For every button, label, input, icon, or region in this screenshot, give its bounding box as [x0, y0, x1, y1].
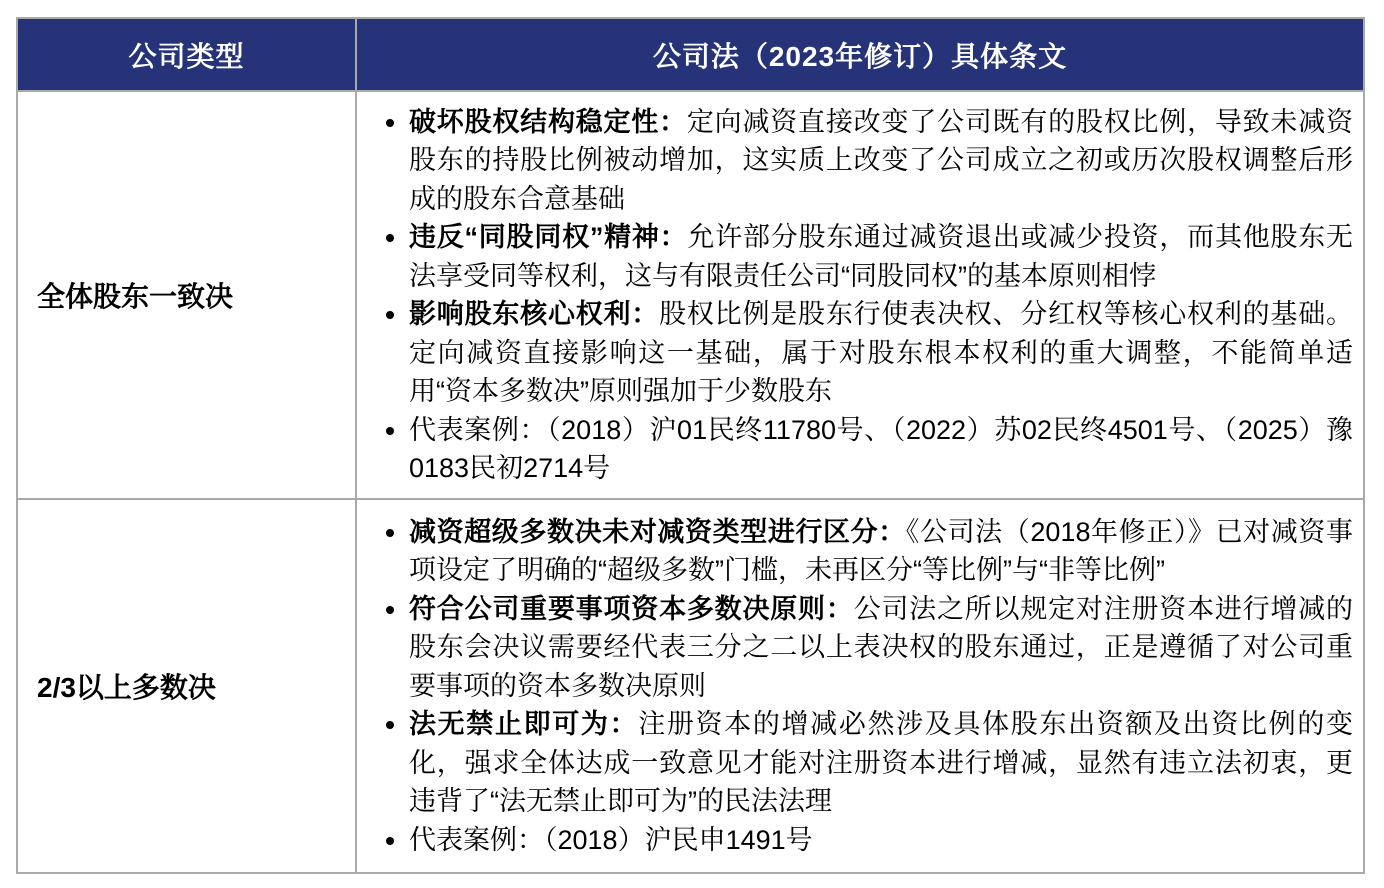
table-header: 公司类型 公司法（2023年修订）具体条文	[17, 18, 1364, 91]
provision-item-lead: 减资超级多数决未对减资类型进行区分：	[409, 517, 906, 547]
company-law-table: 公司类型 公司法（2023年修订）具体条文 全体股东一致决破坏股权结构稳定性：定…	[16, 17, 1365, 874]
table-row: 2/3以上多数决减资超级多数决未对减资类型进行区分：《公司法（2018年修正）》…	[17, 499, 1364, 873]
company-type-cell: 2/3以上多数决	[17, 499, 356, 873]
column-header-provisions: 公司法（2023年修订）具体条文	[356, 18, 1364, 91]
provision-item: 影响股东核心权利：股权比例是股东行使表决权、分红权等核心权利的基础。定向减资直接…	[409, 295, 1353, 411]
provision-item-lead: 破坏股权结构稳定性：	[409, 107, 687, 137]
provision-cell: 减资超级多数决未对减资类型进行区分：《公司法（2018年修正）》已对减资事项设定…	[356, 499, 1364, 873]
provision-list: 破坏股权结构稳定性：定向减资直接改变了公司既有的股权比例，导致未减资股东的持股比…	[357, 103, 1353, 488]
provision-item: 代表案例：（2018）沪民申1491号	[409, 821, 1353, 860]
company-type-cell: 全体股东一致决	[17, 91, 356, 499]
provision-item: 破坏股权结构稳定性：定向减资直接改变了公司既有的股权比例，导致未减资股东的持股比…	[409, 103, 1353, 219]
provision-item-lead: 法无禁止即可为：	[409, 709, 638, 739]
provision-item: 减资超级多数决未对减资类型进行区分：《公司法（2018年修正）》已对减资事项设定…	[409, 513, 1353, 590]
column-header-company-type: 公司类型	[17, 18, 356, 91]
provision-item: 符合公司重要事项资本多数决原则：公司法之所以规定对注册资本进行增减的股东会决议需…	[409, 590, 1353, 706]
provision-item-lead: 违反“同股同权”精神：	[409, 222, 687, 252]
provision-cell: 破坏股权结构稳定性：定向减资直接改变了公司既有的股权比例，导致未减资股东的持股比…	[356, 91, 1364, 499]
table-row: 全体股东一致决破坏股权结构稳定性：定向减资直接改变了公司既有的股权比例，导致未减…	[17, 91, 1364, 499]
table-body: 全体股东一致决破坏股权结构稳定性：定向减资直接改变了公司既有的股权比例，导致未减…	[17, 91, 1364, 873]
company-law-table-container: 公司类型 公司法（2023年修订）具体条文 全体股东一致决破坏股权结构稳定性：定…	[16, 17, 1365, 874]
provision-item: 代表案例：（2018）沪01民终11780号、（2022）苏02民终4501号、…	[409, 411, 1353, 488]
provision-list: 减资超级多数决未对减资类型进行区分：《公司法（2018年修正）》已对减资事项设定…	[357, 513, 1353, 860]
provision-item-lead: 影响股东核心权利：	[409, 299, 659, 329]
provision-item-lead: 符合公司重要事项资本多数决原则：	[409, 594, 854, 624]
provision-item: 法无禁止即可为：注册资本的增减必然涉及具体股东出资额及出资比例的变化，强求全体达…	[409, 705, 1353, 821]
header-row: 公司类型 公司法（2023年修订）具体条文	[17, 18, 1364, 91]
provision-item: 违反“同股同权”精神：允许部分股东通过减资退出或减少投资，而其他股东无法享受同等…	[409, 218, 1353, 295]
